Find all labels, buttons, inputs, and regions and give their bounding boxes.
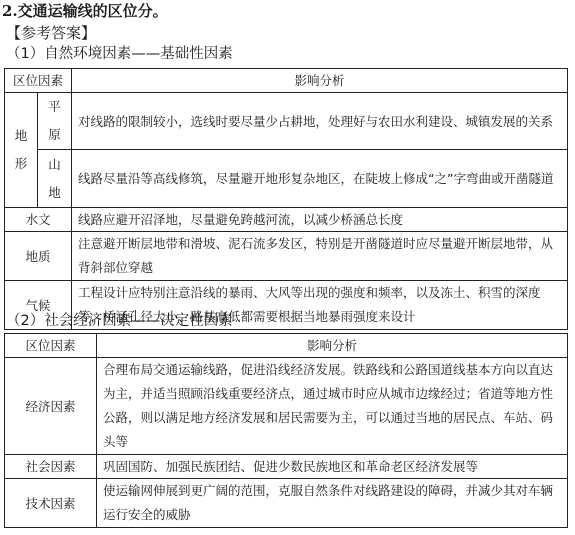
- table-row: 山 地 线路尽量沿等高线修筑，尽量避开地形复杂地区，在陡坡上修成“之”字弯曲或开…: [5, 150, 568, 208]
- plain-analysis: 对线路的限制较小，选线时要尽量少占耕地，处理好与农田水利建设、城镇发展的关系: [72, 93, 568, 150]
- header-factor: 区位因素: [5, 69, 72, 93]
- social-label: 社会因素: [5, 455, 97, 479]
- geology-label: 地质: [5, 232, 72, 281]
- table-row: 经济因素 合理布局交通运输线路，促进沿线经济发展。铁路线和公路国道线基本方向以直…: [5, 358, 568, 455]
- header-analysis: 影响分析: [72, 69, 568, 93]
- plain-label-2: 原: [38, 121, 71, 149]
- table-row: 水文 线路应避开沼泽地，尽量避免跨越河流，以减少桥涵总长度: [5, 208, 568, 232]
- hydrology-analysis: 线路应避开沼泽地，尽量避免跨越河流，以减少桥涵总长度: [72, 208, 568, 232]
- plain-label: 平 原: [38, 93, 72, 150]
- socioeconomic-factors-table: 区位因素 影响分析 经济因素 合理布局交通运输线路，促进沿线经济发展。铁路线和公…: [4, 333, 568, 528]
- technology-label: 技术因素: [5, 479, 97, 528]
- economic-label: 经济因素: [5, 358, 97, 455]
- table-header-row: 区位因素 影响分析: [5, 334, 568, 358]
- table-row: 社会因素 巩固国防、加强民族团结、促进少数民族地区和革命老区经济发展等: [5, 455, 568, 479]
- mountain-label-1: 山: [38, 151, 71, 179]
- social-analysis: 巩固国防、加强民族团结、促进少数民族地区和革命老区经济发展等: [97, 455, 568, 479]
- mountain-label-2: 地: [38, 179, 71, 207]
- geology-analysis: 注意避开断层地带和滑坡、泥石流多发区，特别是开凿隧道时应尽量避开断层地带，从背斜…: [72, 232, 568, 281]
- table-header-row: 区位因素 影响分析: [5, 69, 568, 93]
- table-row: 地质 注意避开断层地带和滑坡、泥石流多发区，特别是开凿隧道时应尽量避开断层地带，…: [5, 232, 568, 281]
- header-factor: 区位因素: [5, 334, 97, 358]
- section1-title: （1）自然环境因素——基础性因素: [6, 44, 233, 64]
- economic-analysis: 合理布局交通运输线路，促进沿线经济发展。铁路线和公路国道线基本方向以直达为主，并…: [97, 358, 568, 455]
- table-row: 技术因素 使运输网伸展到更广阔的范围，克服自然条件对线路建设的障碍，并减少其对车…: [5, 479, 568, 528]
- plain-label-1: 平: [38, 93, 71, 121]
- answer-label: 【参考答案】: [6, 23, 96, 43]
- terrain-label-1: 地: [5, 122, 37, 150]
- natural-factors-table: 区位因素 影响分析 地 形 平 原 对线路的限制较小，选线时要尽量少占耕地，处理…: [4, 68, 568, 330]
- terrain-label-2: 形: [5, 150, 37, 178]
- section2-title: （2）社会经济因素——决定性因素: [6, 311, 233, 331]
- table-row: 地 形 平 原 对线路的限制较小，选线时要尽量少占耕地，处理好与农田水利建设、城…: [5, 93, 568, 150]
- question-heading: 2.交通运输线的区位分。: [2, 1, 168, 21]
- header-analysis: 影响分析: [97, 334, 568, 358]
- mountain-analysis: 线路尽量沿等高线修筑，尽量避开地形复杂地区，在陡坡上修成“之”字弯曲或开凿隧道: [72, 150, 568, 208]
- mountain-label: 山 地: [38, 150, 72, 208]
- hydrology-label: 水文: [5, 208, 72, 232]
- technology-analysis: 使运输网伸展到更广阔的范围，克服自然条件对线路建设的障碍，并减少其对车辆运行安全…: [97, 479, 568, 528]
- terrain-label: 地 形: [5, 93, 38, 208]
